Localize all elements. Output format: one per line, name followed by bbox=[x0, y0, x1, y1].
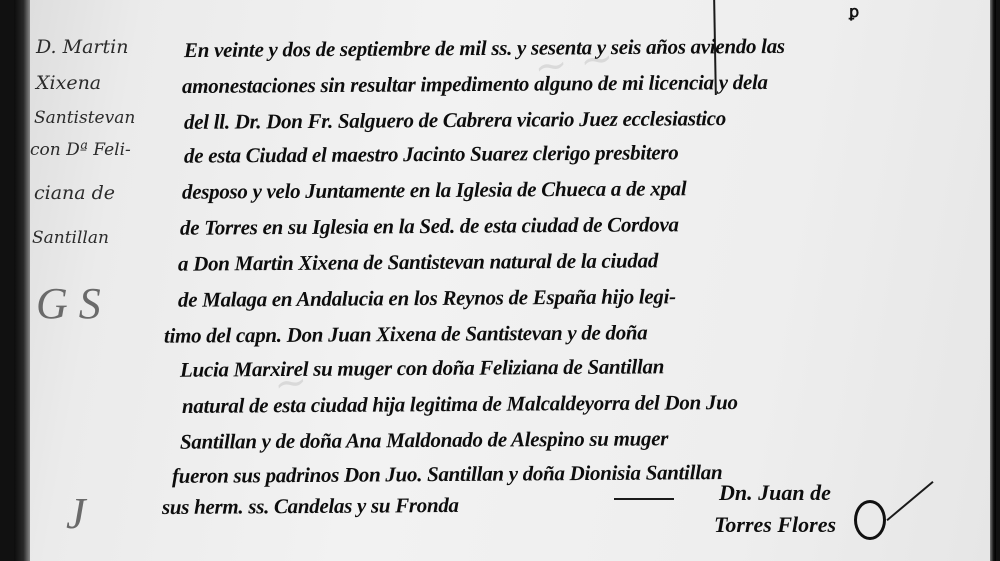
text-line: Lucia Marxirel su muger con doña Felizia… bbox=[180, 354, 664, 382]
signature-line-2: Torres Flores bbox=[714, 512, 836, 538]
text-line: natural de esta ciudad hija legitima de … bbox=[182, 390, 738, 419]
page-right-edge-shadow bbox=[990, 0, 996, 561]
text-line: de Torres en su Iglesia en la Sed. de es… bbox=[180, 212, 679, 240]
signature-rubric-flourish bbox=[854, 500, 886, 540]
text-line: desposo y velo Juntamente en la Iglesia … bbox=[182, 176, 687, 205]
margin-note-line: Xixena bbox=[36, 72, 101, 94]
text-line: Santillan y de doña Ana Maldonado de Ale… bbox=[180, 426, 668, 454]
margin-note-line: Santistevan bbox=[34, 108, 135, 128]
manuscript-page: ~ ~ ~ ꝑ D. Martin Xixena Santistevan con… bbox=[14, 0, 996, 561]
text-line: de Malaga en Andalucia en los Reynos de … bbox=[178, 284, 676, 312]
text-line: sus herm. ss. Candelas y su Fronda bbox=[162, 493, 459, 520]
text-line: de esta Ciudad el maestro Jacinto Suarez… bbox=[184, 140, 679, 168]
text-line: fueron sus padrinos Don Juo. Santillan y… bbox=[172, 460, 722, 489]
margin-note-line: con Dª Feli- bbox=[30, 140, 131, 160]
line-filler-dash bbox=[614, 498, 674, 500]
signature-line-1: Dn. Juan de bbox=[719, 480, 831, 506]
margin-note-line: ciana de bbox=[34, 182, 115, 204]
folio-mark: ꝑ bbox=[849, 2, 859, 21]
text-line: amonestaciones sin resultar impedimento … bbox=[182, 70, 768, 99]
margin-note-line: D. Martin bbox=[36, 36, 128, 58]
page-left-binding-shadow bbox=[14, 0, 30, 561]
text-line: En veinte y dos de septiembre de mil ss.… bbox=[184, 34, 785, 63]
margin-ornament: G S bbox=[36, 278, 101, 329]
margin-note-line: Santillan bbox=[32, 228, 109, 248]
margin-lower-mark: J bbox=[66, 488, 86, 539]
signature-flourish-stroke bbox=[886, 481, 933, 521]
text-line: a Don Martin Xixena de Santistevan natur… bbox=[178, 248, 658, 276]
text-line: timo del capn. Don Juan Xixena de Santis… bbox=[164, 320, 648, 348]
text-line: del ll. Dr. Don Fr. Salguero de Cabrera … bbox=[184, 106, 726, 135]
